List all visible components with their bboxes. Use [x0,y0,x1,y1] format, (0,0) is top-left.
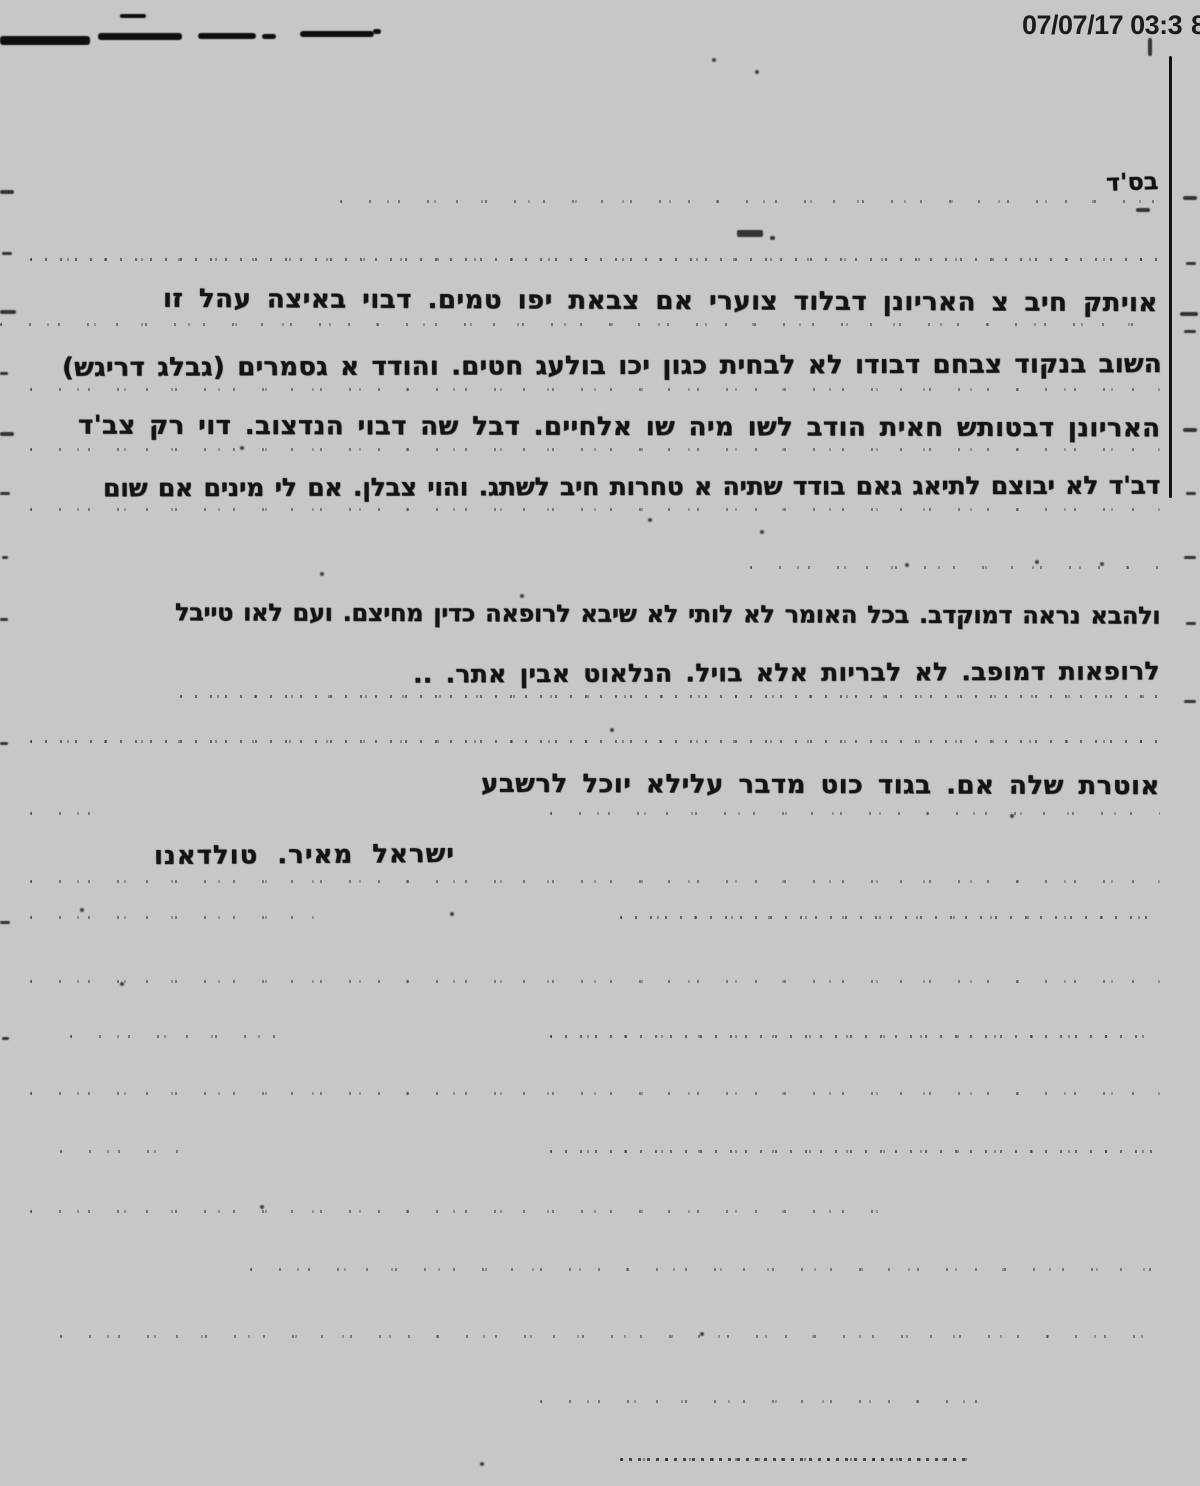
noise-speck [240,446,244,450]
margin-dash-mark [0,921,10,924]
noise-speck [450,912,454,916]
margin-dash-mark [0,190,14,194]
handwritten-line: השוב בנקוד צבחם דבודו לא לבחית כגון יכו … [62,349,1162,383]
margin-dash-mark [1186,622,1196,625]
noise-speck [1100,562,1104,566]
margin-dash-mark [1186,492,1196,495]
noise-speck [700,1332,704,1336]
margin-dash-mark [737,230,763,237]
noise-dot-row [0,323,1160,326]
noise-dot-row [620,1458,970,1461]
handwritten-signature: ישראל מאיר. טולדאנו [154,839,455,871]
margin-dash-mark [770,236,775,240]
margin-dash-mark [1184,700,1196,703]
noise-speck [712,58,716,62]
fax-timestamp-partial-digit: 8 [1191,10,1200,44]
handwritten-line: האריונן דבטותש חאית הודב לשו מיה שו אלחי… [78,411,1160,444]
noise-speck [480,1462,484,1466]
handwritten-line: אוטרת שלה אם. בגוד כוט מדבר עלילא יוכל ל… [481,769,1160,801]
edge-artifact-segment [373,29,381,34]
noise-dot-row [60,1150,200,1153]
noise-dot-row [30,812,110,815]
margin-dash-mark [1180,312,1198,316]
fax-timestamp: 07/07/17 03:3 [1022,10,1182,41]
handwritten-line: לרופאות דמופב. לא לבריות אלא בויל. הנלאו… [413,656,1160,688]
noise-speck [1010,814,1014,818]
noise-speck [80,908,84,912]
margin-dash-mark [2,1037,9,1040]
noise-dot-row [60,1335,1160,1338]
noise-dot-row [70,1035,300,1038]
margin-dash-mark [0,742,8,745]
noise-dot-row [30,740,1160,743]
margin-dash-mark [2,252,12,255]
noise-speck [755,70,759,74]
noise-dot-row [30,1092,1160,1095]
hebrew-header-mark: בס'ד [1106,167,1159,197]
margin-dash-mark [2,556,8,559]
noise-dot-row [30,980,1160,983]
margin-dash-mark [0,618,8,621]
noise-speck [905,563,909,567]
noise-speck [648,518,652,522]
scanned-document-page: 07/07/17 03:3 8 בס'ד אויתק חיב צ האריונן… [0,0,1200,1486]
noise-dot-row [30,388,1160,391]
noise-dot-row [30,258,1160,261]
noise-dot-row [30,1210,900,1213]
margin-dash-mark [1184,330,1196,333]
noise-dot-row [540,1400,1000,1403]
noise-dot-row [30,880,1160,883]
noise-speck [320,572,324,576]
vertical-scan-line [1169,56,1172,498]
handwritten-line: אויתק חיב צ האריונן דבלוד צוערי אם צבאת … [163,284,1158,318]
margin-dash-mark [0,432,14,436]
margin-dash-mark [1184,556,1196,559]
edge-artifact-segment [120,14,146,18]
handwritten-line: דב'ד לא יבוצם לתיאג גאם בודד שתיה א טחרו… [103,471,1160,503]
margin-dash-mark [1183,428,1197,432]
edge-artifact-segment [98,33,182,40]
edge-artifact-segment [300,31,374,37]
edge-artifact-segment [262,34,276,39]
noise-dot-row [550,1150,1160,1153]
noise-speck [1035,560,1039,564]
edge-artifact-segment [198,33,256,39]
noise-dot-row [550,1035,1150,1038]
noise-speck [120,982,124,986]
noise-dot-row [30,916,320,919]
noise-dot-row [30,448,1160,451]
noise-dot-row [340,200,1160,203]
noise-dot-row [620,916,1150,919]
noise-dot-row [180,695,1160,698]
margin-dash-mark [0,310,16,314]
noise-speck [260,1205,264,1209]
margin-dash-mark [0,492,10,495]
margin-dash-mark [1186,262,1196,265]
handwritten-line: ולהבא נראה דמוקדב. בכל האומר לא לותי לא … [175,598,1160,629]
margin-dash-mark [1148,38,1152,56]
noise-dot-row [30,508,1160,511]
noise-dot-row [550,812,1160,815]
noise-speck [760,530,764,534]
margin-dash-mark [0,372,8,375]
noise-speck [610,728,614,732]
noise-dot-row [250,1268,1160,1271]
margin-dash-mark [1136,208,1150,212]
noise-speck [520,594,524,598]
edge-artifact-segment [0,36,90,45]
noise-dot-row [750,566,1160,569]
margin-dash-mark [1183,196,1197,200]
